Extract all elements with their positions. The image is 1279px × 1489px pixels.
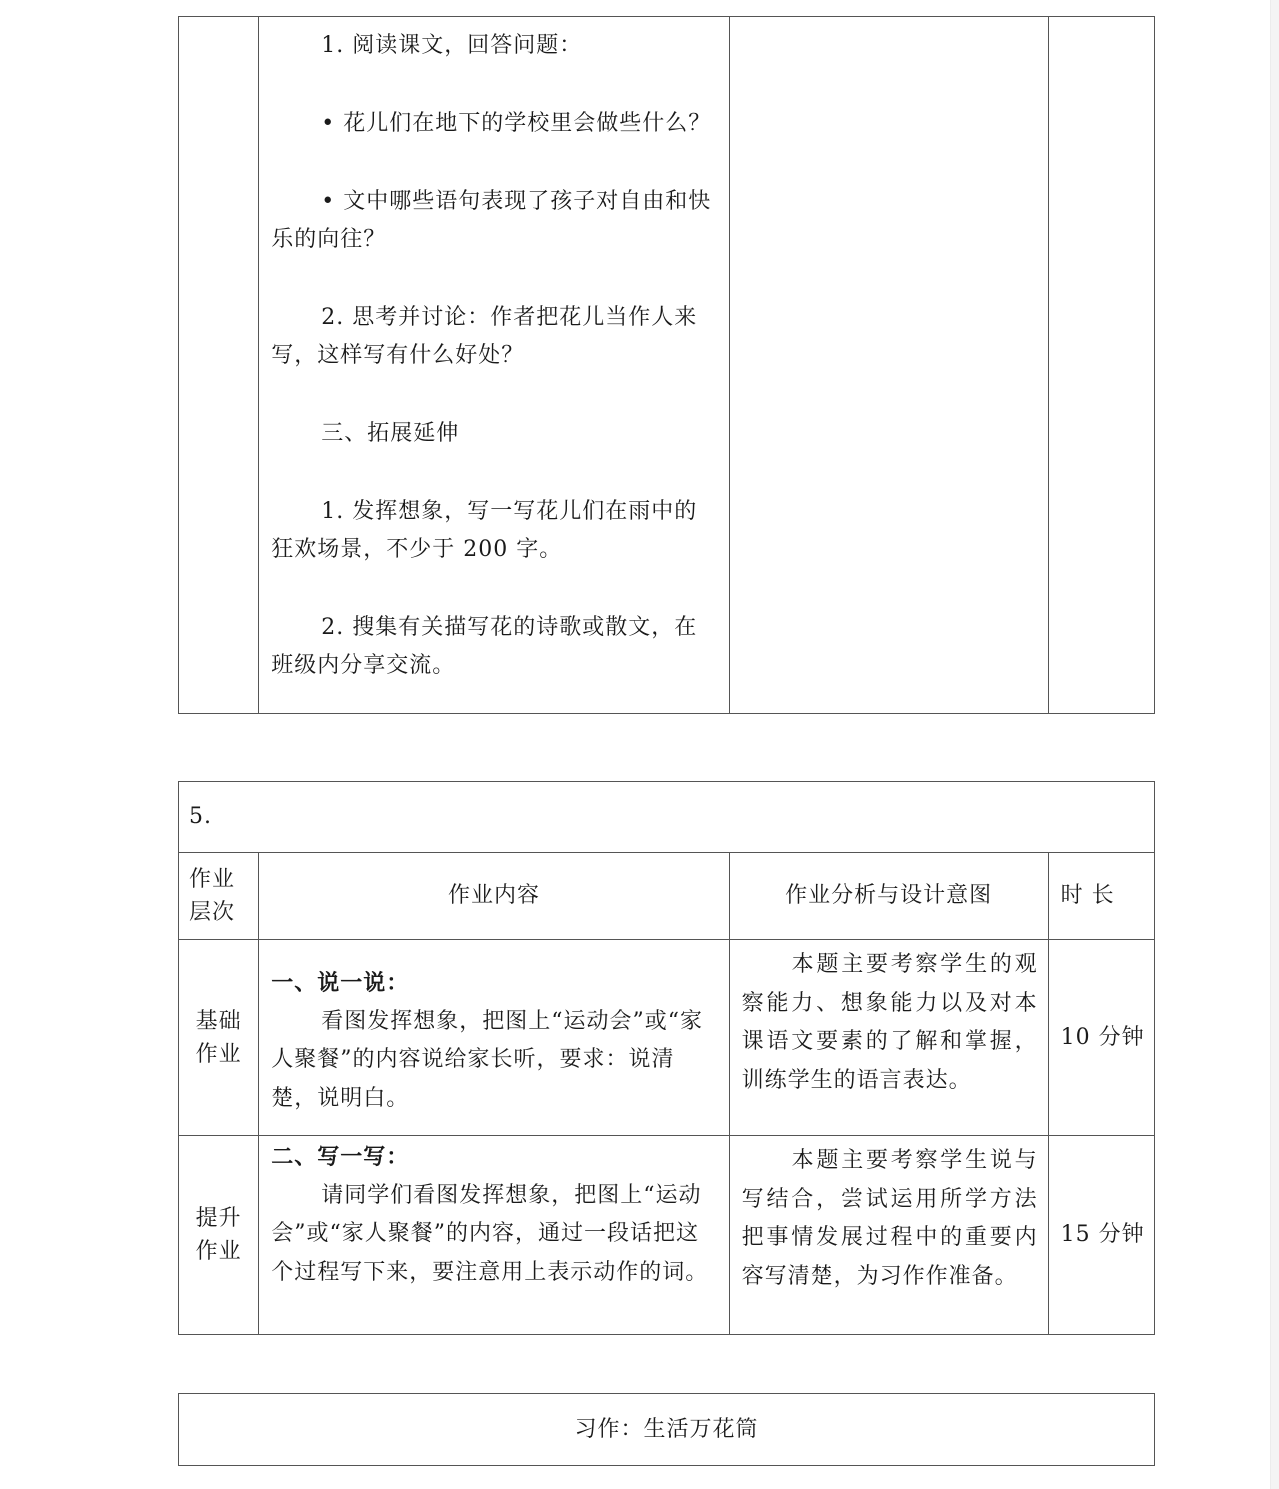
header-level: 作业层次 [179,853,259,940]
question-item: 1. 阅读课文，回答问题： [271,27,716,65]
table-row: 1. 阅读课文，回答问题： • 花儿们在地下的学校里会做些什么？ • 文中哪些语… [179,17,1155,714]
extension-item: 1. 发挥想象，写一写花儿们在雨中的狂欢场景，不少于 200 字。 [271,493,716,569]
header-analysis: 作业分析与设计意图 [729,853,1048,940]
header-content: 作业内容 [259,853,729,940]
content-cell: 一、说一说： 看图发挥想象，把图上“运动会”或“家人聚餐”的内容说给家长听，要求… [259,940,729,1136]
duration-value: 15 分钟 [1048,1136,1154,1335]
level-label: 基础作业 [179,940,259,1136]
analysis-text: 本题主要考察学生说与写结合，尝试运用所学方法把事情发展过程中的重要内容写清楚，为… [729,1136,1048,1335]
level-cell-empty [179,17,259,714]
table-header-row: 作业层次 作业内容 作业分析与设计意图 时 长 [179,853,1155,940]
extension-item: 2. 搜集有关描写花的诗歌或散文，在班级内分享交流。 [271,609,716,685]
unit-heading-box: 习作：生活万花筒 [178,1393,1155,1466]
table-row: 习作：生活万花筒 [179,1394,1155,1466]
homework-table-continued: 1. 阅读课文，回答问题： • 花儿们在地下的学校里会做些什么？ • 文中哪些语… [178,16,1155,714]
task-heading: 一、说一说： [271,964,716,1003]
table-title-row: 5. [179,782,1155,853]
homework-table-lesson-5: 5. 作业层次 作业内容 作业分析与设计意图 时 长 基础作业 一、说一说： 看… [178,781,1155,1335]
table-row: 提升作业 二、写一写： 请同学们看图发挥想象，把图上“运动会”或“家人聚餐”的内… [179,1136,1155,1335]
header-duration: 时 长 [1048,853,1154,940]
question-bullet: • 花儿们在地下的学校里会做些什么？ [271,105,716,143]
table-row: 基础作业 一、说一说： 看图发挥想象，把图上“运动会”或“家人聚餐”的内容说给家… [179,940,1155,1136]
analysis-cell-empty [729,17,1048,714]
section-heading: 三、拓展延伸 [271,415,716,453]
unit-title: 习作：生活万花筒 [179,1394,1155,1466]
lesson-number: 5. [179,782,1155,853]
analysis-text: 本题主要考察学生的观察能力、想象能力以及对本课语文要素的了解和掌握，训练学生的语… [729,940,1048,1136]
content-cell: 1. 阅读课文，回答问题： • 花儿们在地下的学校里会做些什么？ • 文中哪些语… [259,17,729,714]
task-body: 看图发挥想象，把图上“运动会”或“家人聚餐”的内容说给家长听，要求：说清楚，说明… [271,1003,716,1119]
question-item: 2. 思考并讨论：作者把花儿当作人来写，这样写有什么好处？ [271,299,716,375]
level-label: 提升作业 [179,1136,259,1335]
duration-cell-empty [1048,17,1154,714]
task-heading: 二、写一写： [271,1138,716,1177]
content-cell: 二、写一写： 请同学们看图发挥想象，把图上“运动会”或“家人聚餐”的内容，通过一… [259,1136,729,1335]
page-edge-strip [1270,0,1279,1489]
task-body: 请同学们看图发挥想象，把图上“运动会”或“家人聚餐”的内容，通过一段话把这个过程… [271,1177,716,1293]
question-bullet: • 文中哪些语句表现了孩子对自由和快乐的向往？ [271,183,716,259]
duration-value: 10 分钟 [1048,940,1154,1136]
